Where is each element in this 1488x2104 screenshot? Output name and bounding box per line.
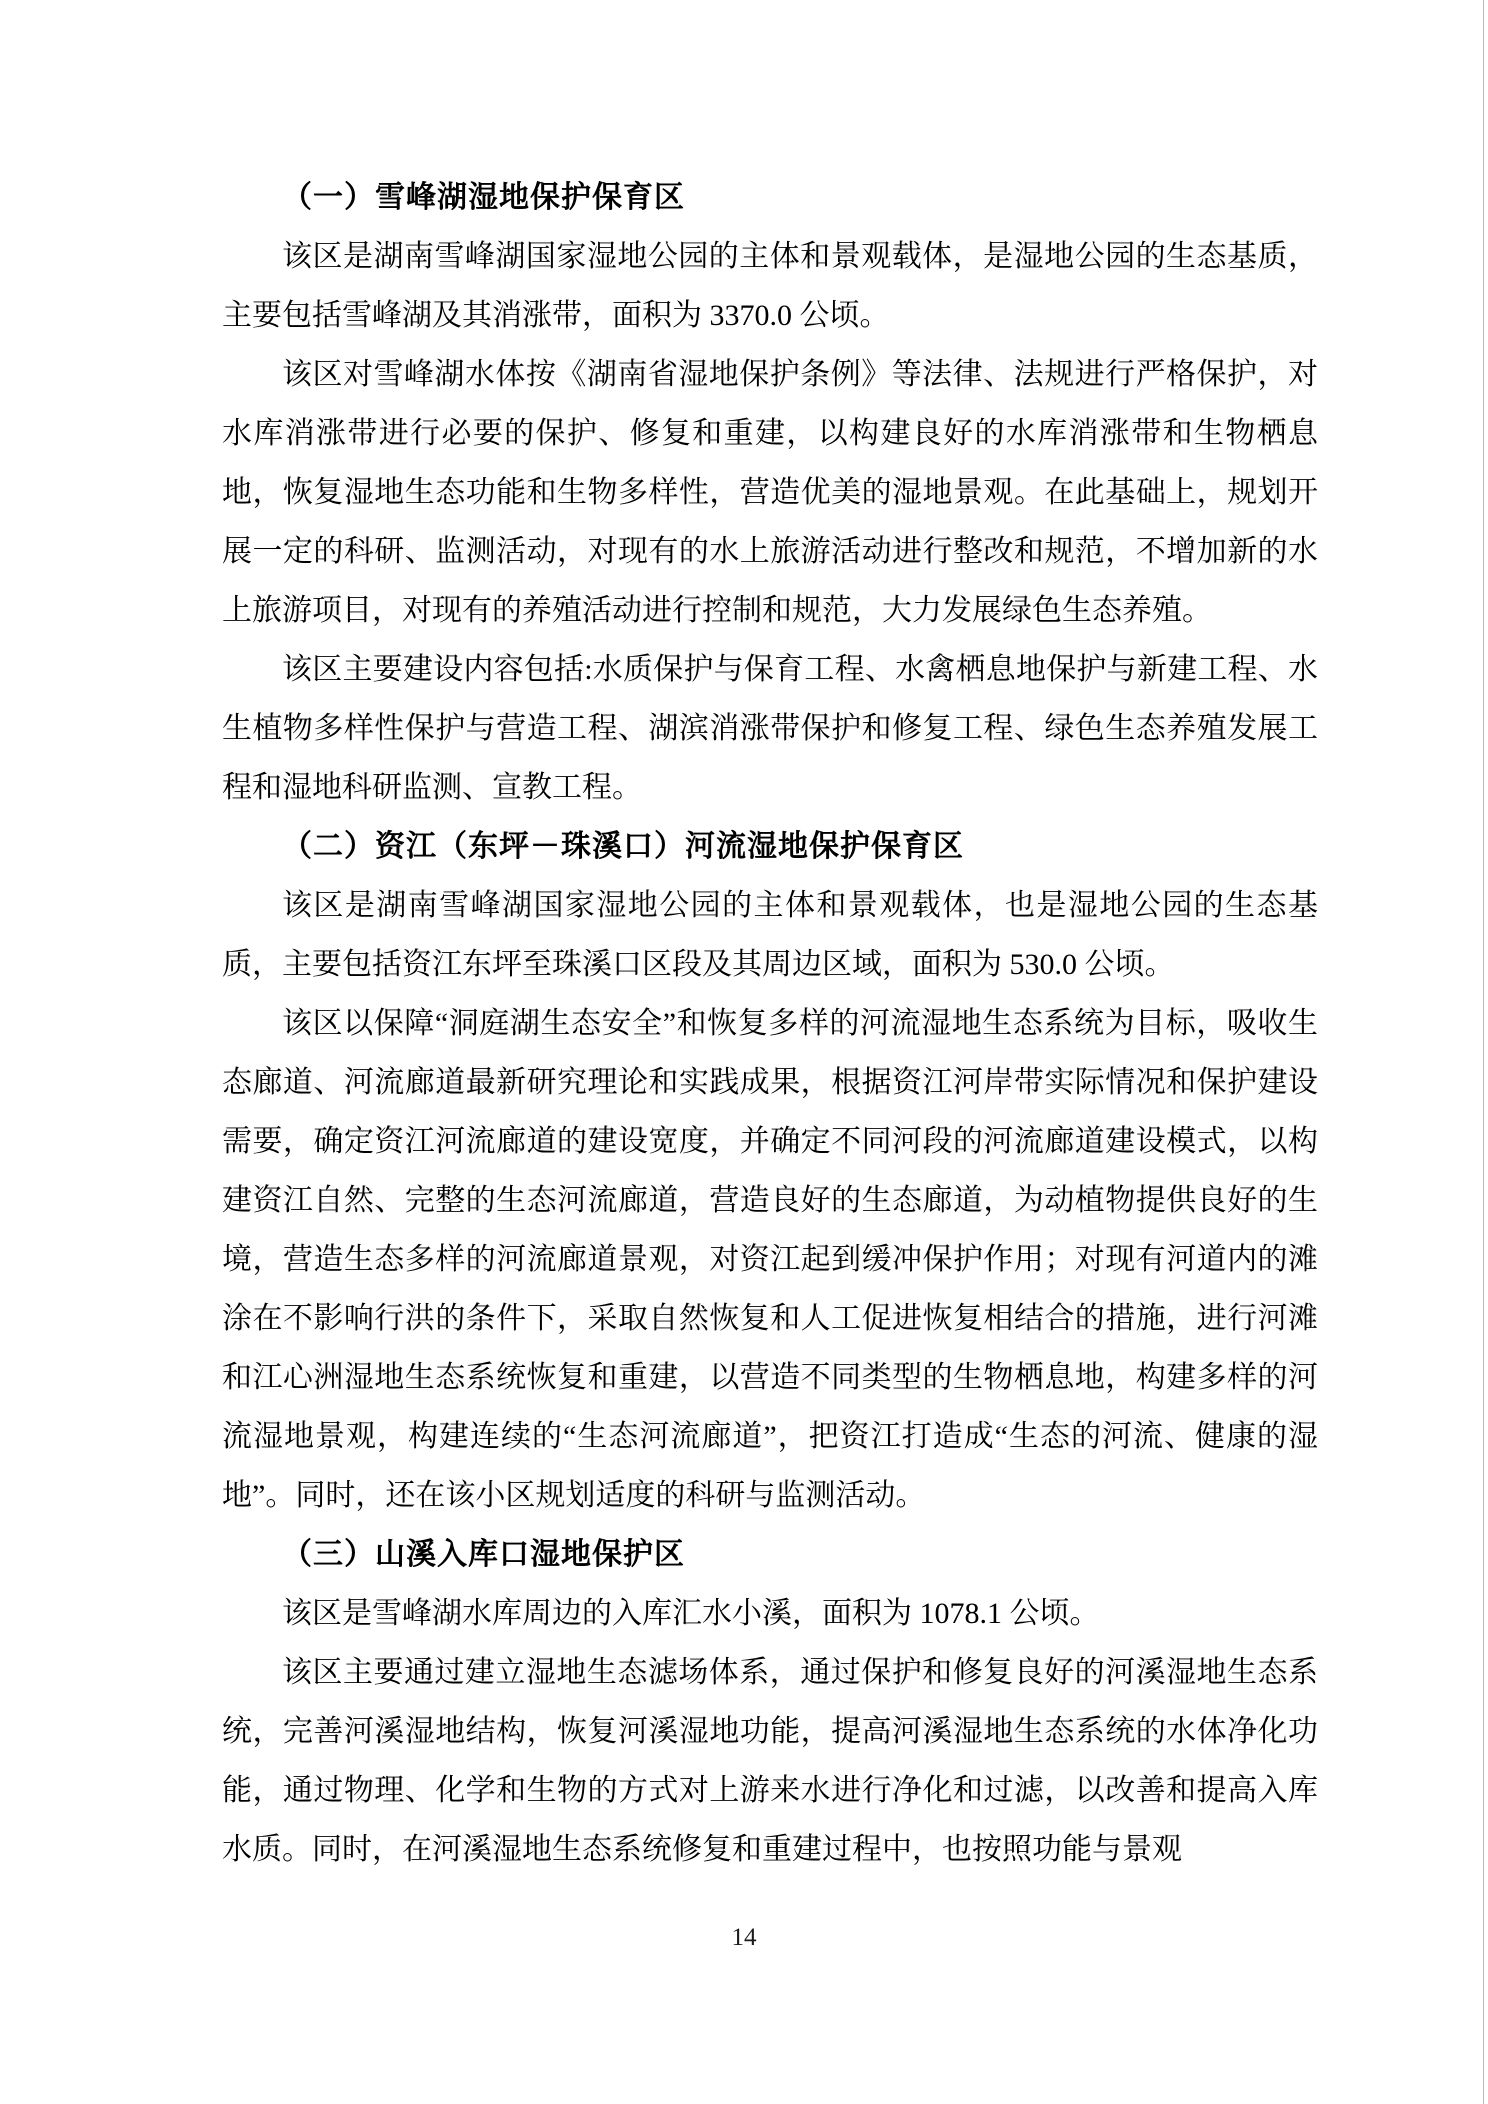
paragraph: 该区对雪峰湖水体按《湖南省湿地保护条例》等法律、法规进行严格保护，对水库消涨带进…: [222, 345, 1318, 640]
section-1-heading: （一）雪峰湖湿地保护保育区: [222, 168, 1318, 227]
paragraph: 该区主要通过建立湿地生态滤场体系，通过保护和修复良好的河溪湿地生态系统，完善河溪…: [222, 1643, 1318, 1879]
section-2: （二）资江（东坪－珠溪口）河流湿地保护保育区 该区是湖南雪峰湖国家湿地公园的主体…: [222, 817, 1318, 1525]
paragraph: 该区是湖南雪峰湖国家湿地公园的主体和景观载体，是湿地公园的生态基质，主要包括雪峰…: [222, 227, 1318, 345]
section-3: （三）山溪入库口湿地保护区 该区是雪峰湖水库周边的入库汇水小溪，面积为 1078…: [222, 1525, 1318, 1879]
document-page: （一）雪峰湖湿地保护保育区 该区是湖南雪峰湖国家湿地公园的主体和景观载体，是湿地…: [0, 0, 1488, 2104]
paragraph: 该区是雪峰湖水库周边的入库汇水小溪，面积为 1078.1 公顷。: [222, 1584, 1318, 1643]
paragraph: 该区主要建设内容包括:水质保护与保育工程、水禽栖息地保护与新建工程、水生植物多样…: [222, 640, 1318, 817]
section-1: （一）雪峰湖湿地保护保育区 该区是湖南雪峰湖国家湿地公园的主体和景观载体，是湿地…: [222, 168, 1318, 817]
section-3-heading: （三）山溪入库口湿地保护区: [222, 1525, 1318, 1584]
page-number: 14: [0, 1922, 1488, 1954]
section-2-heading: （二）资江（东坪－珠溪口）河流湿地保护保育区: [222, 817, 1318, 876]
paragraph: 该区以保障“洞庭湖生态安全”和恢复多样的河流湿地生态系统为目标，吸收生态廊道、河…: [222, 994, 1318, 1525]
document-body: （一）雪峰湖湿地保护保育区 该区是湖南雪峰湖国家湿地公园的主体和景观载体，是湿地…: [222, 168, 1318, 1879]
page-edge-line: [1483, 0, 1484, 2104]
paragraph: 该区是湖南雪峰湖国家湿地公园的主体和景观载体，也是湿地公园的生态基质，主要包括资…: [222, 876, 1318, 994]
